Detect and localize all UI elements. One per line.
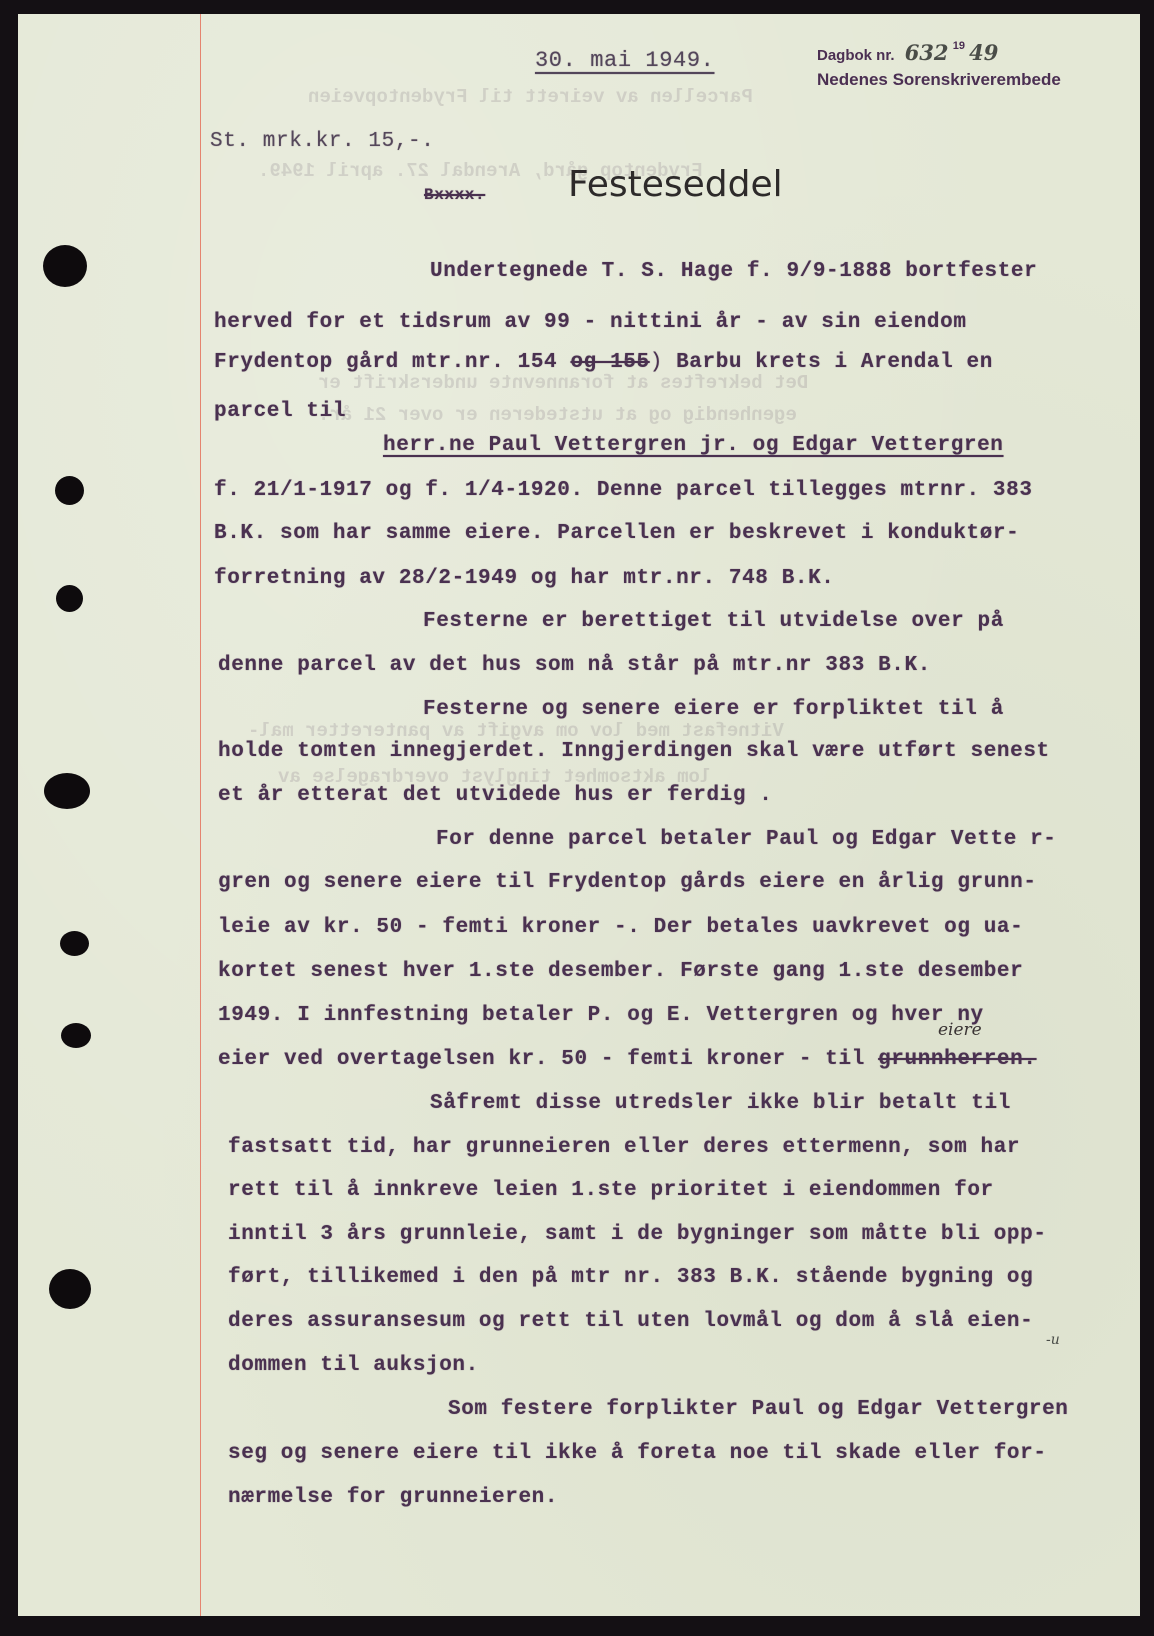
- body-line: et år etterat det utvidede hus er ferdig…: [218, 784, 773, 807]
- body-line: fastsatt tid, har grunneieren eller dere…: [228, 1136, 1020, 1159]
- correction-bracket: ): [650, 351, 663, 374]
- punch-hole: [56, 585, 83, 612]
- punch-hole: [55, 476, 84, 505]
- body-line: f. 21/1-1917 og f. 1/4-1920. Denne parce…: [214, 479, 1033, 502]
- body-line: 1949. I innfestning betaler P. og E. Vet…: [218, 1004, 984, 1027]
- dagbok-label: Dagbok nr.: [817, 47, 895, 64]
- stamp-duty: St. mrk.kr. 15,-.: [210, 130, 434, 153]
- body-line: kortet senest hver 1.ste desember. Først…: [218, 960, 1023, 983]
- punch-hole: [60, 931, 89, 956]
- document-page: Parcellen av veirett til Frydentopveien …: [18, 14, 1140, 1616]
- punch-hole: [43, 245, 87, 287]
- body-line: Som festere forplikter Paul og Edgar Vet…: [448, 1398, 1069, 1421]
- body-line: B.K. som har samme eiere. Parcellen er b…: [214, 522, 1019, 545]
- dagbok-year-prefix: 19: [953, 40, 965, 52]
- margin-rule: [200, 14, 201, 1616]
- dagbok-year: 49: [969, 40, 998, 65]
- body-line: holde tomten innegjerdet. Inngjerdingen …: [218, 740, 1050, 763]
- body-text: eier ved overtagelsen kr. 50 - femti kro…: [218, 1048, 865, 1071]
- struck-text: grunnherren.: [878, 1048, 1036, 1071]
- body-line: Festerne er berettiget til utvidelse ove…: [423, 610, 1004, 633]
- punch-hole: [49, 1269, 91, 1309]
- body-line: forretning av 28/2-1949 og har mtr.nr. 7…: [214, 567, 835, 590]
- body-line: leie av kr. 50 - femti kroner -. Der bet…: [218, 916, 1023, 939]
- dagbok-number: 632: [905, 40, 949, 65]
- party-names: herr.ne Paul Vettergren jr. og Edgar Vet…: [383, 434, 1004, 457]
- body-text: Frydentop gård mtr.nr. 154: [214, 351, 557, 374]
- struck-title: Bxxxx.: [424, 186, 485, 204]
- office-stamp: Nedenes Sorenskriverembede: [817, 70, 1061, 90]
- body-line: denne parcel av det hus som nå står på m…: [218, 654, 931, 677]
- body-line: seg og senere eiere til ikke å foreta no…: [228, 1442, 1047, 1465]
- punch-hole: [44, 773, 90, 809]
- document-title: Festeseddel: [568, 164, 783, 205]
- body-line: herved for et tidsrum av 99 - nittini år…: [214, 311, 967, 334]
- body-line: gren og senere eiere til Frydentop gårds…: [218, 871, 1037, 894]
- bleed-through-text: egenhendig og at utstederen er over 21 å…: [318, 404, 797, 426]
- body-line: For denne parcel betaler Paul og Edgar V…: [436, 828, 1057, 851]
- body-line: dommen til auksjon.: [228, 1354, 479, 1377]
- body-line: inntil 3 års grunnleie, samt i de bygnin…: [228, 1223, 1047, 1246]
- body-line: deres assuransesum og rett til uten lovm…: [228, 1310, 1033, 1333]
- margin-mark: -u: [1046, 1332, 1060, 1348]
- punch-hole: [61, 1023, 91, 1048]
- body-line: parcel til: [214, 400, 346, 423]
- body-line: eier ved overtagelsen kr. 50 - femti kro…: [218, 1048, 1037, 1071]
- body-text: Barbu krets i Arendal en: [676, 351, 993, 374]
- body-line: rett til å innkreve leien 1.ste priorite…: [228, 1179, 994, 1202]
- body-line: Frydentop gård mtr.nr. 154 og 155) Barbu…: [214, 351, 993, 374]
- document-date: 30. mai 1949.: [535, 48, 714, 73]
- struck-text: og 155: [570, 351, 649, 374]
- dagbok-stamp: Dagbok nr. 632 19 49: [817, 40, 998, 65]
- bleed-through-text: Vitnefast med lov om avgift av panterett…: [248, 720, 784, 742]
- body-line: nærmelse for grunneieren.: [228, 1486, 558, 1509]
- body-line: ført, tillikemed i den på mtr nr. 383 B.…: [228, 1266, 1033, 1289]
- body-line: Festerne og senere eiere er forpliktet t…: [423, 698, 1004, 721]
- bleed-through-text: Parcellen av veirett til Frydentopveien: [308, 86, 753, 108]
- body-line: Såfremt disse utredsler ikke blir betalt…: [430, 1092, 1011, 1115]
- body-line: Undertegnede T. S. Hage f. 9/9-1888 bort…: [430, 260, 1037, 283]
- bleed-through-text: Det bekreftes at forannevnte underskrift…: [318, 372, 808, 394]
- handwritten-correction: eiere: [938, 1020, 982, 1040]
